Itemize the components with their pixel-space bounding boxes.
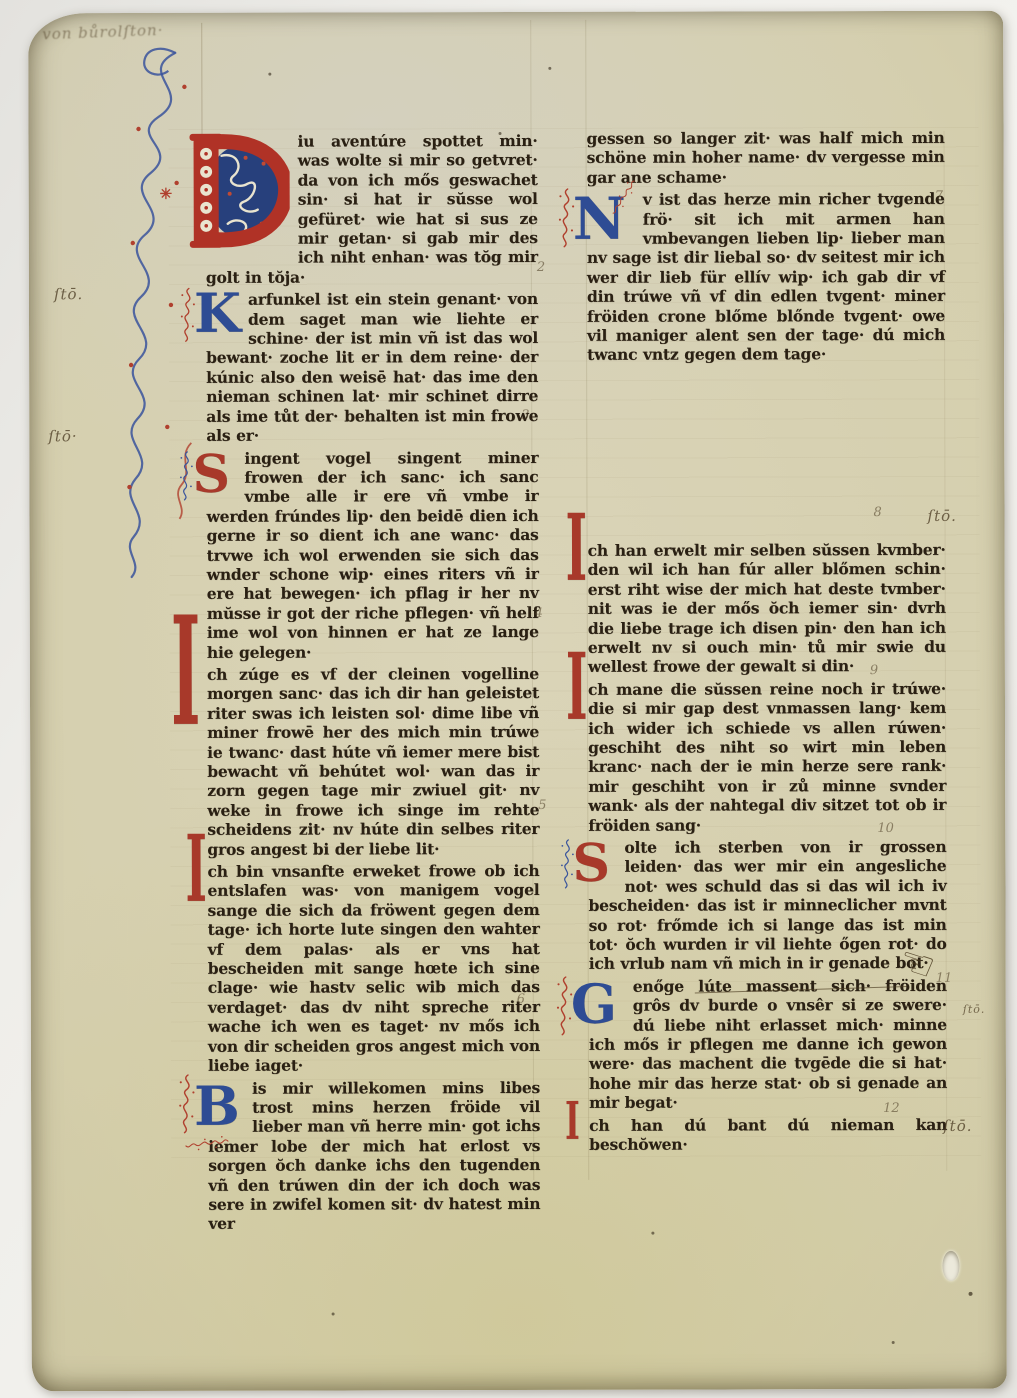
- initial-letter: N: [573, 190, 637, 248]
- stanza: B is mir willekomen mins libes trost min…: [208, 1077, 540, 1233]
- stanza-numeral: 10: [877, 821, 894, 836]
- stanza: K arfunkel ist ein stein genant· von dem…: [206, 289, 538, 445]
- stanza: I ch han erwelt mir selben sŭssen kvmber…: [588, 540, 946, 677]
- initial-I-marginal: I: [185, 860, 206, 879]
- initial-S: S: [572, 838, 618, 884]
- nota-mark: ſtō.: [54, 285, 83, 303]
- initial-letter: G: [571, 977, 627, 1031]
- initial-I-marginal: I: [566, 678, 587, 697]
- manuscript-page: von bůrolſton· ✳: [28, 11, 1007, 1392]
- stanza: I ch zúge es vf der cleinen vogelline mo…: [207, 664, 540, 859]
- red-asterisk-mark: ✳: [160, 185, 173, 203]
- stanza-numeral: 9: [870, 663, 878, 678]
- parchment-speck: [268, 73, 271, 76]
- stanza-text: ch han erwelt mir selben sŭssen kvmber· …: [588, 540, 946, 676]
- stanza-numeral: 7: [935, 189, 943, 204]
- stanza-numeral: 12: [883, 1101, 900, 1116]
- stanza-numeral: 11: [936, 971, 953, 986]
- owner-inscription: von bůrolſton·: [42, 21, 164, 44]
- nota-mark: ſtō.: [927, 507, 956, 525]
- text-column-left: D iu aventúre spottet min· was wolte si …: [206, 131, 541, 1237]
- stanza: S ingent vogel singent miner frowen der …: [206, 447, 539, 661]
- initial-I-marginal: I: [171, 663, 200, 682]
- initial-B: B: [194, 1078, 246, 1124]
- stanza-text: v ist das herze min richer tvgende frö· …: [587, 189, 945, 364]
- stanza: G enőge lúte massent sich· fröiden grôs …: [589, 976, 947, 1113]
- parchment-speck: [969, 1292, 973, 1296]
- nota-mark: ſtō.: [963, 1003, 986, 1016]
- text-column-right: gessen so langer zit· was half mich min …: [587, 128, 948, 1157]
- initial-I-marginal: I: [565, 1111, 580, 1130]
- stanza: I ch bin vnsanfte erweket frowe ob ich e…: [207, 861, 540, 1075]
- parchment-speck: [548, 67, 551, 70]
- stanza-text: ingent vogel singent miner frowen der ic…: [206, 447, 538, 661]
- stanza: I ch han dú bant dú nieman kan beschŏwen…: [589, 1115, 947, 1155]
- stanza-numeral: 6: [517, 992, 525, 1007]
- parchment-speck: [651, 1232, 654, 1235]
- stanza-numeral: 5: [538, 798, 546, 813]
- initial-I-marginal: I: [566, 539, 587, 558]
- initial-letter: S: [192, 448, 238, 500]
- stanza-numeral: 3: [521, 408, 529, 423]
- stanza-text: ch bin vnsanfte erweket frowe ob ich ent…: [207, 861, 540, 1075]
- stanza: D iu aventúre spottet min· was wolte si …: [206, 131, 538, 287]
- stanza-text: ch zúge es vf der cleinen vogelline morg…: [207, 664, 539, 859]
- nota-mark: ſtō·: [48, 427, 77, 445]
- stanza: S olte ich sterben von ir grossen leiden…: [588, 837, 946, 974]
- stanza-text: olte ich sterben von ir grossen leiden· …: [589, 837, 947, 973]
- stanza-continuation: gessen so langer zit· was half mich min …: [587, 128, 945, 187]
- parchment-speck: [332, 1312, 335, 1315]
- stanza-text: gessen so langer zit· was half mich min …: [587, 128, 945, 187]
- initial-K: K: [194, 290, 242, 336]
- initial-D-artwork: [178, 132, 290, 250]
- nota-mark: ſtō.: [943, 1117, 972, 1135]
- parchment-speck: [892, 1341, 895, 1344]
- initial-G: G: [571, 977, 627, 1029]
- stanza-text: is mir willekomen mins libes trost mins …: [208, 1077, 540, 1233]
- initial-letter: K: [194, 286, 242, 340]
- illuminated-initial-D: D: [178, 132, 290, 250]
- stanza-text: ch han dú bant dú nieman kan beschŏwen·: [589, 1115, 947, 1154]
- parchment-hole: [942, 1251, 959, 1281]
- stanza-numeral: 4: [535, 606, 543, 621]
- stanza: I ch mane die sŭssen reine noch ir trúwe…: [588, 679, 946, 835]
- stanza-text: enőge lúte massent sich· fröiden grôs dv…: [589, 976, 947, 1112]
- initial-letter: S: [572, 838, 618, 890]
- initial-letter: B: [194, 1078, 246, 1132]
- parchment-speck: [499, 132, 502, 135]
- stanza-numeral: 8: [873, 505, 881, 520]
- stanza: N v ist das herze min richer tvgende frö…: [587, 189, 945, 365]
- initial-S: S: [192, 448, 238, 494]
- photo-background: von bůrolſton· ✳: [0, 0, 1017, 1398]
- stanza-text: arfunkel ist ein stein genant· von dem s…: [206, 289, 538, 445]
- stanza-text: ch mane die sŭssen reine noch ir trúwe· …: [588, 679, 946, 835]
- stanza-numeral: 2: [537, 260, 545, 275]
- initial-N: N: [573, 190, 637, 244]
